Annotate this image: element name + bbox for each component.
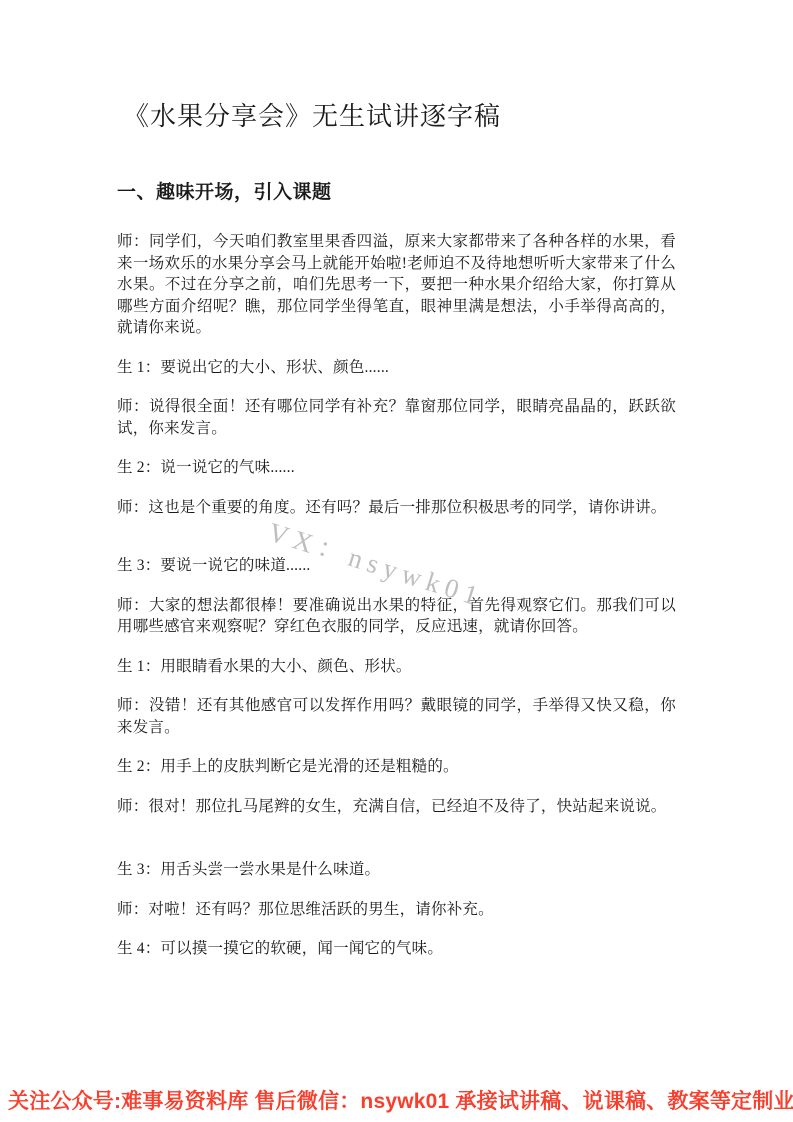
dialogue-paragraph-teacher: 师：这也是个重要的角度。还有吗？最后一排那位积极思考的同学，请你讲讲。 bbox=[117, 497, 676, 519]
document-content: 《水果分享会》无生试讲逐字稿 一、趣味开场，引入课题 师：同学们，今天咱们教室里… bbox=[117, 0, 676, 978]
dialogue-paragraph-student: 生 1：用眼睛看水果的大小、颜色、形状。 bbox=[117, 656, 676, 678]
dialogue-paragraph-student: 生 2：说一说它的气味...... bbox=[117, 457, 676, 479]
dialogue-paragraph-student: 生 2：用手上的皮肤判断它是光滑的还是粗糙的。 bbox=[117, 756, 676, 778]
document-page: 《水果分享会》无生试讲逐字稿 一、趣味开场，引入课题 师：同学们，今天咱们教室里… bbox=[0, 0, 793, 1122]
dialogue-paragraph-teacher: 师：说得很全面！还有哪位同学有补充？靠窗那位同学，眼睛亮晶晶的，跃跃欲试，你来发… bbox=[117, 396, 676, 439]
dialogue-paragraph-student: 生 4：可以摸一摸它的软硬，闻一闻它的气味。 bbox=[117, 938, 676, 960]
dialogue-paragraph-teacher: 师：没错！还有其他感官可以发挥作用吗？戴眼镜的同学，手举得又快又稳，你来发言。 bbox=[117, 695, 676, 738]
dialogue-paragraph-student: 生 3：要说一说它的味道...... bbox=[117, 555, 676, 577]
dialogue-paragraph-teacher: 师：对啦！还有吗？那位思维活跃的男生，请你补充。 bbox=[117, 899, 676, 921]
footer-banner: 关注公众号:难事易资料库 售后微信：nsywk01 承接试讲稿、说课稿、教案等定… bbox=[8, 1089, 793, 1115]
document-title: 《水果分享会》无生试讲逐字稿 bbox=[123, 97, 676, 137]
dialogue-paragraph-student: 生 1：要说出它的大小、形状、颜色...... bbox=[117, 357, 676, 379]
dialogue-paragraph-student: 生 3：用舌头尝一尝水果是什么味道。 bbox=[117, 859, 676, 881]
section-heading: 一、趣味开场，引入课题 bbox=[117, 179, 676, 207]
dialogue-paragraph-teacher: 师：很对！那位扎马尾辫的女生，充满自信，已经迫不及待了，快站起来说说。 bbox=[117, 796, 676, 818]
dialogue-paragraphs: 师：同学们，今天咱们教室里果香四溢，原来大家都带来了各种各样的水果，看来一场欢乐… bbox=[117, 231, 676, 960]
dialogue-paragraph-teacher: 师：同学们，今天咱们教室里果香四溢，原来大家都带来了各种各样的水果，看来一场欢乐… bbox=[117, 231, 676, 339]
dialogue-paragraph-teacher: 师：大家的想法都很棒！要准确说出水果的特征，首先得观察它们。那我们可以用哪些感官… bbox=[117, 595, 676, 638]
